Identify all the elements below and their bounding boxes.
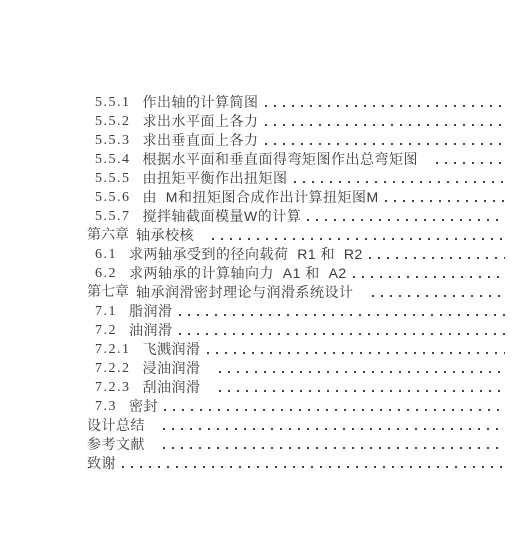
toc-entry-title: 由 M和扭矩图合成作出计算扭矩图M [143,188,379,207]
toc-entry: 5.5.1 作出轴的计算简图 [87,93,505,112]
toc-entry-number: 7.1 [95,302,117,321]
toc-entry-number: 5.5.3 [95,131,131,150]
toc-entry-number: 7.2.3 [95,378,131,397]
dot-leader [307,207,505,226]
toc-entry: 7.1 脂润滑 [87,302,505,321]
dot-leader [212,226,505,245]
toc-entry: 5.5.2 求出水平面上各力 [87,112,505,131]
dot-leader [353,264,505,283]
dot-leader [369,245,505,264]
toc-entry-number: 第六章 [87,226,129,245]
toc-entry-title: 求两轴承受到的径向载荷 R1 和 R2 [129,245,363,264]
toc-entry-number: 7.2.2 [95,359,131,378]
dot-leader [265,93,506,112]
toc-entry-number: 5.5.6 [95,188,131,207]
dot-leader [436,150,505,169]
toc-entry-number: 5.5.5 [95,169,131,188]
toc-entry: 7.2 油润滑 [87,321,505,340]
dot-leader [163,435,505,454]
toc-entry-chapter: 设计总结 [87,416,505,435]
dot-leader [265,131,506,150]
toc-entry: 7.2.3 刮油润滑 [87,378,505,397]
dot-leader [164,397,505,416]
dot-leader [219,359,506,378]
toc-entry-title: 轴承润滑密封理论与润滑系统设计 [136,283,354,302]
table-of-contents: 5.5.1 作出轴的计算简图 5.5.2 求出水平面上各力 5.5.3 求出垂直… [87,93,505,473]
toc-entry: 6.2 求两轴承的计算轴向力 A1 和 A2 [87,264,505,283]
toc-entry-title: 求出垂直面上各力 [143,131,259,150]
toc-entry-number: 7.2 [95,321,117,340]
dot-leader [294,169,506,188]
toc-entry-number: 7.2.1 [95,340,131,359]
dot-leader [219,378,506,397]
toc-entry-title: 脂润滑 [129,302,173,321]
toc-entry-title: 由扭矩平衡作出扭矩图 [143,169,288,188]
dot-leader [179,321,506,340]
toc-entry-title: 密封 [129,397,158,416]
toc-entry-title: 求两轴承的计算轴向力 A1 和 A2 [129,264,347,283]
toc-entry: 6.1 求两轴承受到的径向载荷 R1 和 R2 [87,245,505,264]
toc-entry-title: 根据水平面和垂直面得弯矩图作出总弯矩图 [143,150,419,169]
toc-entry-chapter: 致谢 [87,454,505,473]
toc-entry: 7.2.2 浸油润滑 [87,359,505,378]
toc-entry-number: 6.2 [95,264,117,283]
toc-entry: 5.5.5 由扭矩平衡作出扭矩图 [87,169,505,188]
toc-entry-title: 轴承校核 [136,226,194,245]
dot-leader [179,302,506,321]
toc-entry-number: 6.1 [95,245,117,264]
toc-entry-number: 7.3 [95,397,117,416]
toc-entry: 5.5.4 根据水平面和垂直面得弯矩图作出总弯矩图 [87,150,505,169]
toc-entry: 5.5.3 求出垂直面上各力 [87,131,505,150]
toc-entry-title: 设计总结 [87,416,145,435]
toc-entry-chapter: 参考文献 [87,435,505,454]
dot-leader [265,112,506,131]
dot-leader [207,340,506,359]
toc-entry: 7.3 密封 [87,397,505,416]
dot-leader [122,454,505,473]
toc-entry-number: 第七章 [87,283,129,302]
toc-entry-title: 参考文献 [87,435,145,454]
toc-entry-title: 刮油润滑 [143,378,201,397]
toc-entry-title: 作出轴的计算简图 [143,93,259,112]
dot-leader [372,283,506,302]
toc-entry-title: 油润滑 [129,321,173,340]
toc-entry-number: 5.5.4 [95,150,131,169]
toc-entry-chapter: 第六章 轴承校核 [87,226,505,245]
toc-entry-title: 致谢 [87,454,116,473]
toc-entry-number: 5.5.2 [95,112,131,131]
toc-entry-number: 5.5.7 [95,207,131,226]
toc-entry-title: 搅拌轴截面模量W的计算 [143,207,302,226]
dot-leader [385,188,505,207]
toc-entry-number: 5.5.1 [95,93,131,112]
toc-entry: 5.5.7 搅拌轴截面模量W的计算 [87,207,505,226]
dot-leader [163,416,505,435]
document-page: 5.5.1 作出轴的计算简图 5.5.2 求出水平面上各力 5.5.3 求出垂直… [0,0,520,541]
toc-entry-title: 求出水平面上各力 [143,112,259,131]
toc-entry: 5.5.6 由 M和扭矩图合成作出计算扭矩图M [87,188,505,207]
toc-entry-title: 飞溅润滑 [143,340,201,359]
toc-entry-chapter: 第七章 轴承润滑密封理论与润滑系统设计 [87,283,505,302]
toc-entry-title: 浸油润滑 [143,359,201,378]
toc-entry: 7.2.1 飞溅润滑 [87,340,505,359]
